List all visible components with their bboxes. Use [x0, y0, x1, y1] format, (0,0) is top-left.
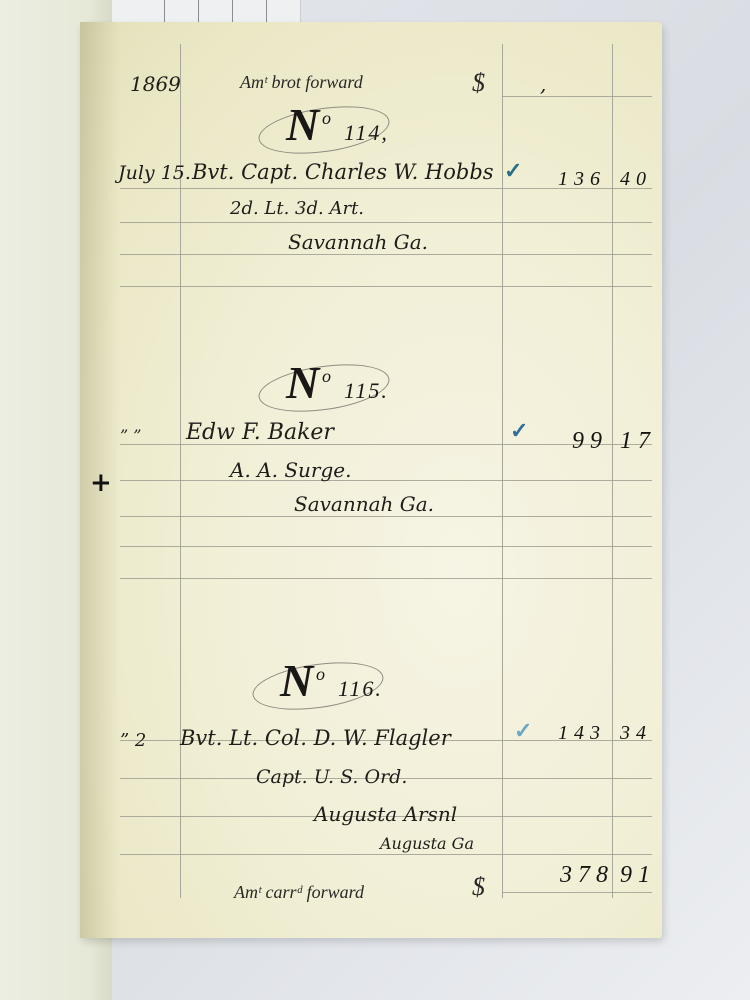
entry-rank: 2d. Lt. 3d. Art. [230, 198, 364, 219]
entry-date: ” ” [120, 426, 141, 445]
entry-name: Bvt. Lt. Col. D. W. Flagler [180, 726, 451, 750]
entry-rank: Capt. U. S. Ord. [256, 766, 407, 788]
entry-name: Bvt. Capt. Charles W. Hobbs [192, 160, 494, 184]
carried-forward-label: Amᵗ carrᵈ forward [234, 882, 364, 903]
entry-cents: 17 [620, 428, 656, 455]
entry-number-116: N o 116. [242, 654, 392, 714]
brought-forward-amount: , [540, 72, 546, 96]
entry-rank: A. A. Surge. [230, 458, 351, 482]
entry-name: Edw F. Baker [186, 420, 334, 445]
entry-number-114: N o 114, [248, 98, 398, 158]
entry-city: Augusta Ga [380, 834, 474, 853]
entry-cents: 40 [620, 168, 652, 191]
ledger-year: 1869 [130, 72, 181, 96]
entry-date: ” 2 [120, 730, 146, 751]
header-dollar-sign: $ [472, 68, 485, 98]
ledger-page: 1869 Amᵗ brot forward $ , N o 114, July … [80, 22, 662, 938]
entry-location: Augusta Arsnl [314, 802, 457, 826]
entry-dollars: 143 [558, 722, 606, 745]
entry-dollars: 136 [558, 168, 606, 191]
entry-location: Savannah Ga. [294, 492, 434, 516]
entry-cents: 34 [620, 722, 652, 745]
entry-location: Savannah Ga. [288, 230, 428, 254]
check-column-rule [502, 44, 503, 898]
entry-dollars: 99 [572, 428, 608, 455]
checkmark-icon: ✓ [514, 718, 532, 744]
footer-dollar-sign: $ [472, 872, 485, 902]
checkmark-icon: ✓ [510, 418, 528, 444]
entry-date: July 15. [118, 162, 191, 184]
entry-number-115: N o 115. [248, 356, 398, 416]
carried-forward-cents: 91 [620, 862, 656, 889]
checkmark-icon: ✓ [504, 158, 522, 184]
cents-column-rule [612, 44, 613, 898]
margin-mark: + [90, 468, 112, 498]
brought-forward-label: Amᵗ brot forward [240, 72, 363, 93]
carried-forward-dollars: 378 [560, 862, 614, 889]
